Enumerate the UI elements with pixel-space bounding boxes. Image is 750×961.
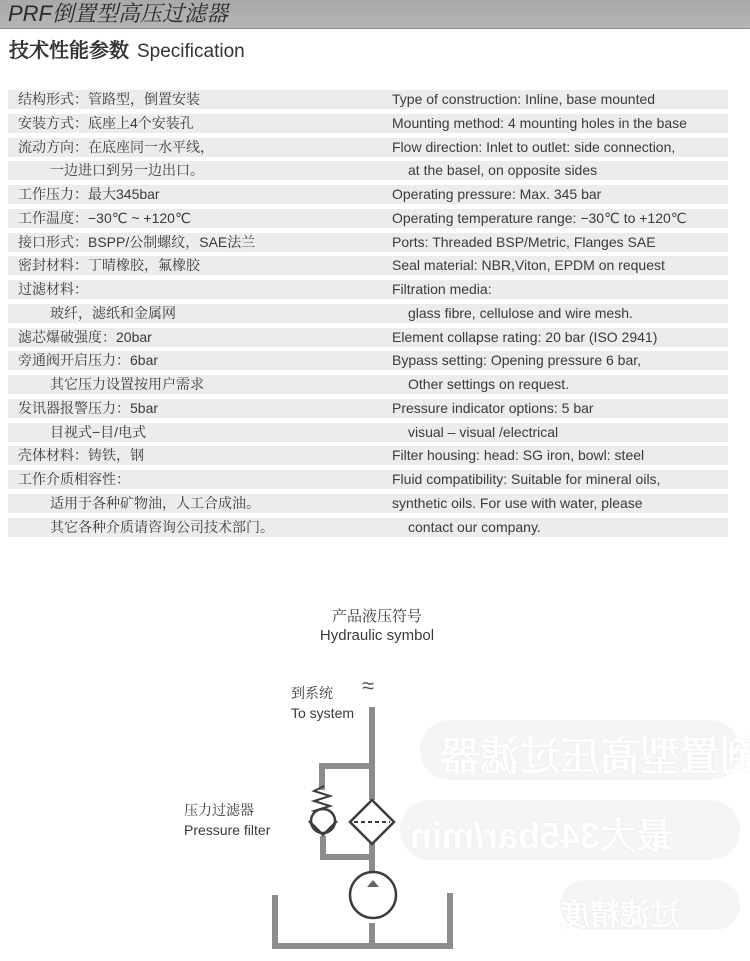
hydraulic-diagram — [0, 0, 750, 961]
check-valve-icon — [309, 809, 337, 835]
filter-element-icon — [350, 800, 394, 844]
pump-icon — [350, 872, 396, 918]
